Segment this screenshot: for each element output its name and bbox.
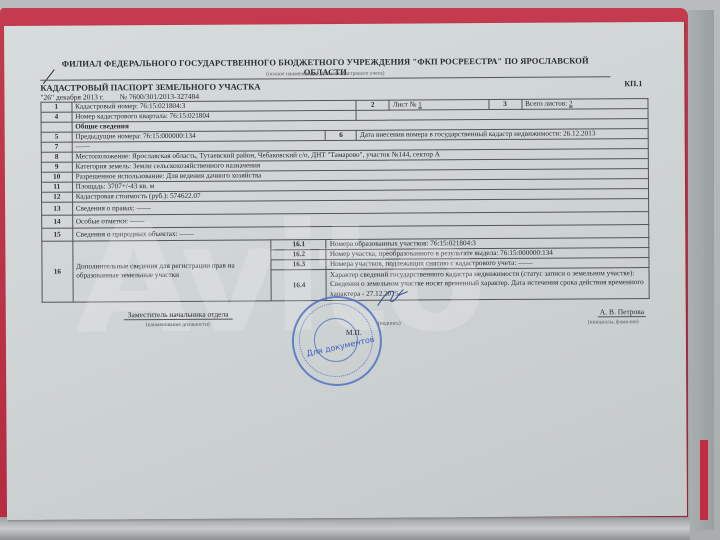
cadastral-quarter-value: 76:15:021804 [170,112,210,120]
rights-value: —— [137,204,151,212]
row-number: 9 [41,162,72,172]
binder-rings [0,517,690,540]
subrow-number: 16.3 [271,260,326,270]
row-number: 1 [41,102,72,112]
document-number: № 7600/301/2013-327484 [120,92,200,101]
field-label: Разрешенное использование: [76,172,165,181]
document-date: "26" декабря 2013 г. [40,92,103,101]
field-label: Лист № [393,101,417,109]
signature-icon [376,286,410,310]
row-number: 14 [42,215,73,228]
special-notes-value: —— [130,217,144,225]
field-label: Кадастровый номер: [75,103,138,111]
signer-name: А. В. Петрова [598,307,646,317]
cadastral-value-value: 574622.07 [170,192,201,200]
field-label: Категория земель: [75,163,131,171]
sheet-number-cell: Лист № 1 [389,100,488,111]
signer-name-caption: (инициалы, фамилия) [588,319,639,325]
field-label: Дата внесения номера в государственный к… [360,130,561,139]
total-sheets-value: 2 [569,100,573,108]
subrow-number: 16.4 [271,270,326,301]
field-label: Местоположение: [75,153,130,161]
field-label: Сведения о природных объектах: [76,230,178,239]
permitted-use-value: Для ведения дачного хозяйства [166,172,261,181]
row-number: 16 [42,241,73,302]
field-label: Кадастровая стоимость (руб.): [76,192,169,201]
cadastral-form-table: 1 Кадастровый номер: 76:15:021804:3 2 Ли… [40,98,649,303]
row-number [41,122,72,132]
signer-position: Заместитель начальника отдела [124,310,233,321]
field-label: Предыдущие номера: [75,133,141,141]
folder-edge [700,440,708,520]
row-number: 13 [42,202,73,215]
form-code: КП.1 [624,79,642,88]
field-label: Всего листов: [525,100,567,108]
row-number: 12 [42,192,73,202]
previous-numbers-value: 76:15:000000:134 [143,132,196,140]
field-label: Сведения о правах: [76,204,135,212]
cadastral-passport-page: ФИЛИАЛ ФЕДЕРАЛЬНОГО ГОСУДАРСТВЕННОГО БЮД… [4,22,687,520]
row-number: 5 [41,132,72,142]
subrow-number: 16.2 [271,250,326,260]
field-label: Площадь: [76,183,106,191]
row-number: 3 [489,99,522,109]
signer-position-caption: (наименование должности) [146,322,210,328]
row-number: 8 [41,152,72,162]
row-number: 10 [41,172,72,182]
document-title: КАДАСТРОВЫЙ ПАСПОРТ ЗЕМЕЛЬНОГО УЧАСТКА [40,81,260,92]
subrow-number: 16.1 [271,240,326,250]
additional-info-label: Дополнительные сведения для регистрации … [72,240,271,302]
field-label: Номер кадастрового квартала: [75,112,168,121]
location-value: Ярославская область, Тутаевский район, Ч… [132,151,440,161]
row-number: 11 [41,182,72,192]
sheet-number-value: 1 [418,101,422,109]
row-number: 6 [326,130,357,140]
area-value: 3707+/-43 кв. м [107,182,154,190]
field-label: Особые отметки: [76,217,128,225]
row-number: 7 [41,142,72,152]
registration-date-value: 26.12.2013 [563,130,595,138]
row-number: 4 [41,112,72,122]
row-number: 2 [356,100,389,110]
land-category-value: Земли сельскохозяйственного назначения [133,162,260,171]
natural-objects-value: —— [179,230,193,238]
row-number: 15 [42,228,73,241]
cadastral-number-value: 76:15:021804:3 [140,102,186,110]
stamp-place-label: М.П. [346,328,362,337]
signature-caption: (подпись) [378,321,401,327]
